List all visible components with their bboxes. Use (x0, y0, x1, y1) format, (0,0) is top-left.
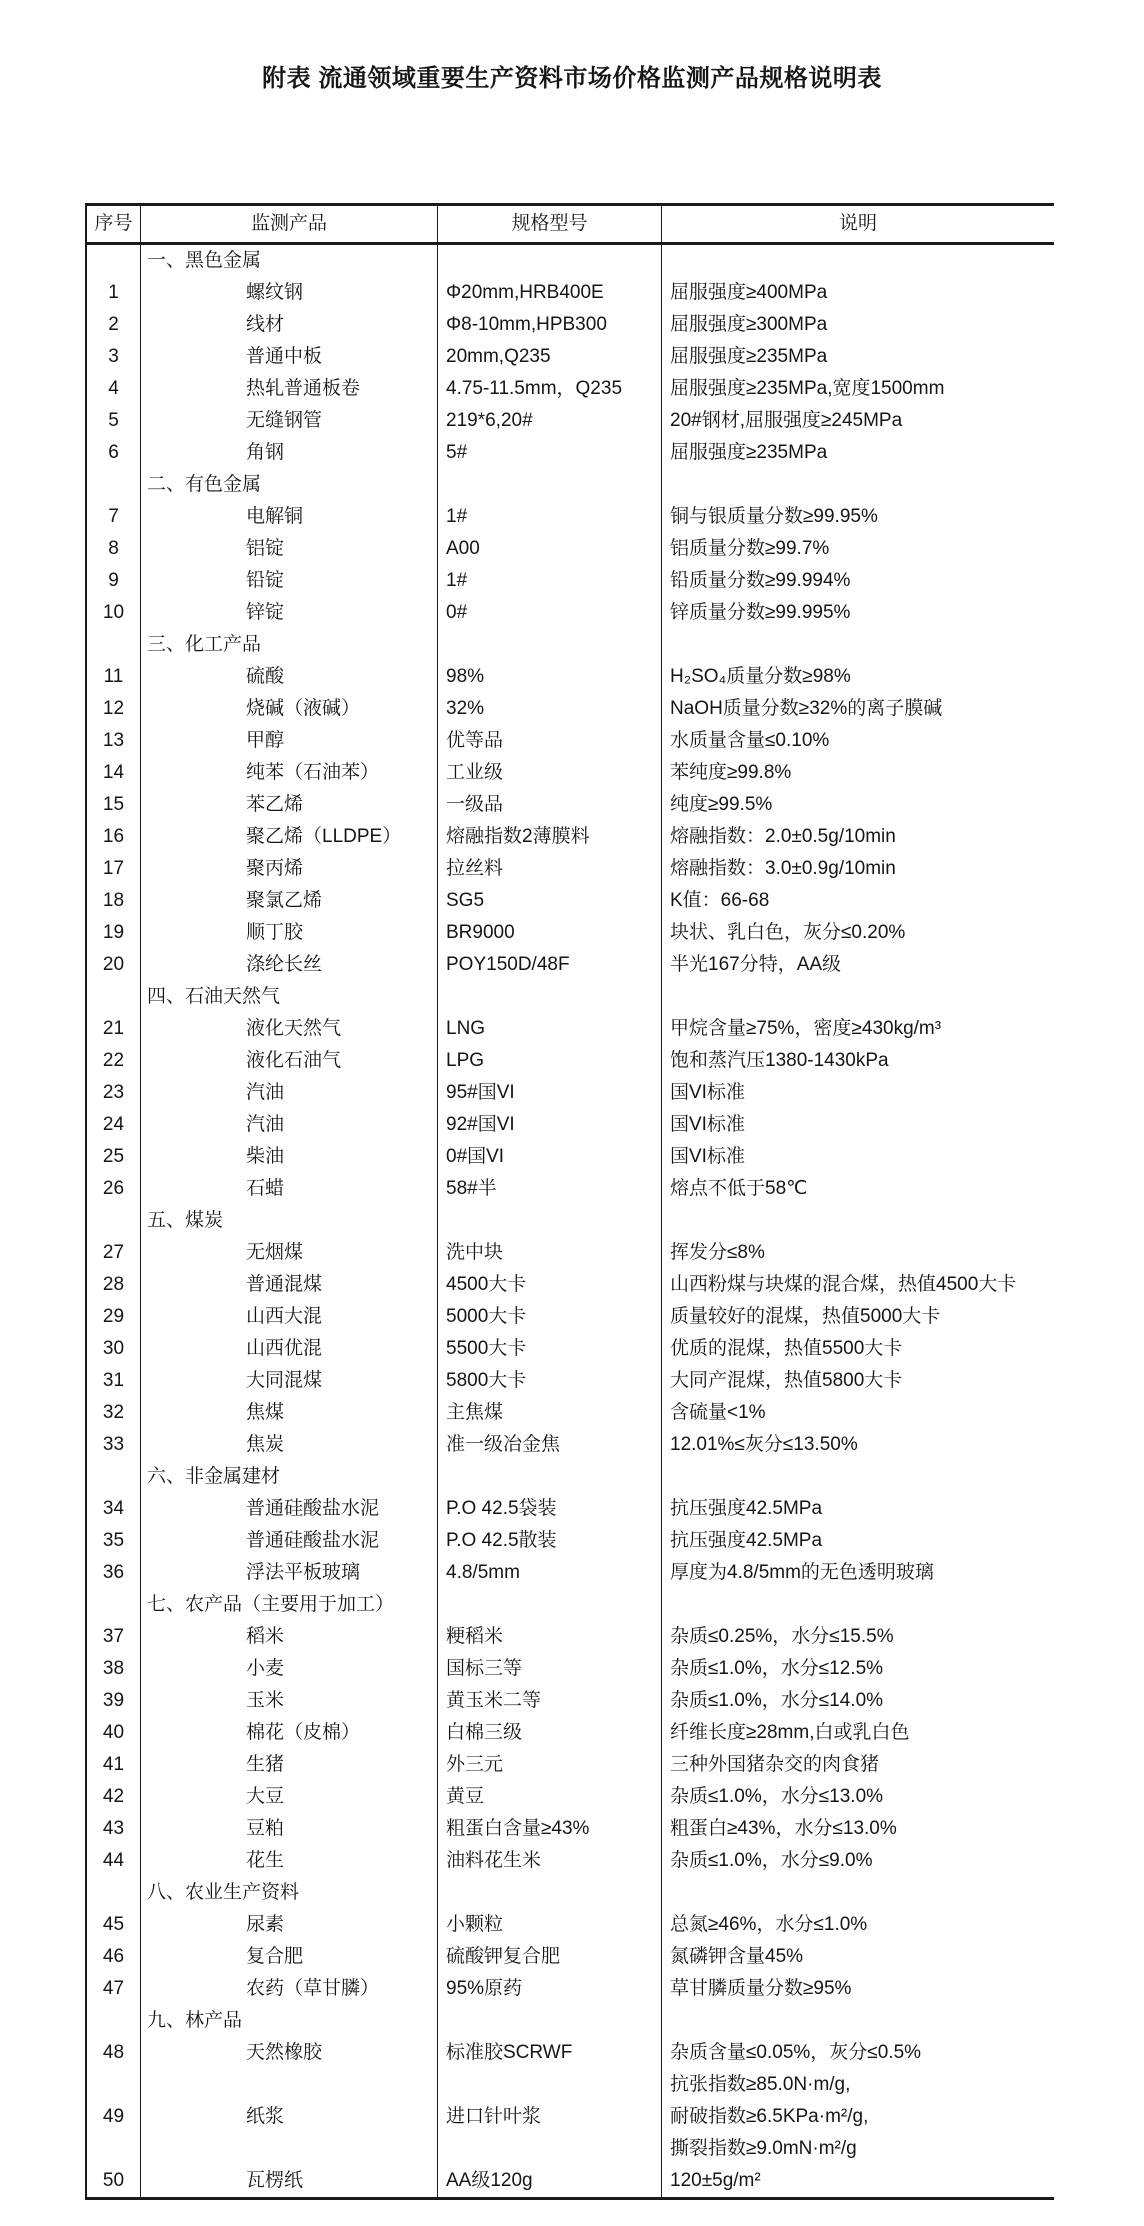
row-number: 10 (87, 597, 141, 629)
product-row: 37稻米粳稻米杂质≤0.25%，水分≤15.5% (87, 1621, 1054, 1653)
spec-value: 粳稻米 (438, 1621, 662, 1653)
product-name: 普通中板 (141, 341, 438, 373)
product-row: 24汽油92#国VI国VI标准 (87, 1109, 1054, 1141)
desc-value (662, 1205, 1054, 1237)
col-header-no: 序号 (87, 206, 141, 242)
desc-value: 三种外国猪杂交的肉食猪 (662, 1749, 1054, 1781)
product-row: 9铅锭1#铅质量分数≥99.994% (87, 565, 1054, 597)
desc-value: 杂质≤1.0%，水分≤12.5% (662, 1653, 1054, 1685)
row-number: 15 (87, 789, 141, 821)
spec-value: 5500大卡 (438, 1333, 662, 1365)
product-row: 1螺纹钢Φ20mm,HRB400E屈服强度≥400MPa (87, 277, 1054, 309)
product-row: 17聚丙烯拉丝料熔融指数：3.0±0.9g/10min (87, 853, 1054, 885)
desc-value: 半光167分特，AA级 (662, 949, 1054, 981)
spec-value: 外三元 (438, 1749, 662, 1781)
section-label: 七、农产品（主要用于加工） (141, 1589, 438, 1621)
table-body: 一、黑色金属1螺纹钢Φ20mm,HRB400E屈服强度≥400MPa2线材Φ8-… (87, 245, 1054, 2197)
spec-value: 进口针叶浆 (438, 2069, 662, 2165)
product-name: 稻米 (141, 1621, 438, 1653)
product-row: 50瓦楞纸AA级120g120±5g/m² (87, 2165, 1054, 2197)
product-row: 44花生油料花生米杂质≤1.0%，水分≤9.0% (87, 1845, 1054, 1877)
desc-value: 屈服强度≥235MPa (662, 341, 1054, 373)
section-label: 九、林产品 (141, 2005, 438, 2037)
row-number: 30 (87, 1333, 141, 1365)
spec-value: 硫酸钾复合肥 (438, 1941, 662, 1973)
product-name: 苯乙烯 (141, 789, 438, 821)
spec-value (438, 1205, 662, 1237)
product-row: 8铝锭A00铝质量分数≥99.7% (87, 533, 1054, 565)
product-row: 11硫酸98%H₂SO₄质量分数≥98% (87, 661, 1054, 693)
desc-value (662, 981, 1054, 1013)
spec-value: 32% (438, 693, 662, 725)
product-row: 20涤纶长丝POY150D/48F半光167分特，AA级 (87, 949, 1054, 981)
product-name: 普通硅酸盐水泥 (141, 1493, 438, 1525)
product-name: 瓦楞纸 (141, 2165, 438, 2197)
desc-value: 纯度≥99.5% (662, 789, 1054, 821)
spec-value: 5# (438, 437, 662, 469)
spec-value: P.O 42.5袋装 (438, 1493, 662, 1525)
spec-value: 58#半 (438, 1173, 662, 1205)
spec-value (438, 469, 662, 501)
product-row: 31大同混煤5800大卡大同产混煤，热值5800大卡 (87, 1365, 1054, 1397)
section-label: 五、煤炭 (141, 1205, 438, 1237)
desc-value: 杂质≤0.25%，水分≤15.5% (662, 1621, 1054, 1653)
row-number: 43 (87, 1813, 141, 1845)
desc-value: 抗压强度42.5MPa (662, 1493, 1054, 1525)
product-name: 花生 (141, 1845, 438, 1877)
section-label: 一、黑色金属 (141, 245, 438, 277)
desc-value: 山西粉煤与块煤的混合煤，热值4500大卡 (662, 1269, 1054, 1301)
section-label: 八、农业生产资料 (141, 1877, 438, 1909)
desc-value (662, 629, 1054, 661)
product-row: 42大豆黄豆杂质≤1.0%，水分≤13.0% (87, 1781, 1054, 1813)
spec-value: 粗蛋白含量≥43% (438, 1813, 662, 1845)
section-row: 八、农业生产资料 (87, 1877, 1054, 1909)
desc-value (662, 2005, 1054, 2037)
desc-value: 甲烷含量≥75%，密度≥430kg/m³ (662, 1013, 1054, 1045)
product-row: 3普通中板20mm,Q235屈服强度≥235MPa (87, 341, 1054, 373)
desc-value: 熔点不低于58℃ (662, 1173, 1054, 1205)
row-number: 39 (87, 1685, 141, 1717)
row-number: 13 (87, 725, 141, 757)
section-row: 三、化工产品 (87, 629, 1054, 661)
desc-value: 纤维长度≥28mm,白或乳白色 (662, 1717, 1054, 1749)
spec-value: 洗中块 (438, 1237, 662, 1269)
spec-value (438, 245, 662, 277)
desc-value: 屈服强度≥235MPa (662, 437, 1054, 469)
product-row: 35普通硅酸盐水泥P.O 42.5散装抗压强度42.5MPa (87, 1525, 1054, 1557)
section-row: 六、非金属建材 (87, 1461, 1054, 1493)
desc-value: 12.01%≤灰分≤13.50% (662, 1429, 1054, 1461)
product-name: 焦炭 (141, 1429, 438, 1461)
product-name: 豆粕 (141, 1813, 438, 1845)
product-row: 7电解铜1#铜与银质量分数≥99.95% (87, 501, 1054, 533)
product-row: 49纸浆进口针叶浆抗张指数≥85.0N·m/g,耐破指数≥6.5KPa·m²/g… (87, 2069, 1054, 2165)
product-row: 33焦炭准一级冶金焦12.01%≤灰分≤13.50% (87, 1429, 1054, 1461)
desc-value: 优质的混煤，热值5500大卡 (662, 1333, 1054, 1365)
spec-value: Φ8-10mm,HPB300 (438, 309, 662, 341)
section-label: 四、石油天然气 (141, 981, 438, 1013)
row-number: 19 (87, 917, 141, 949)
desc-value: 国VI标准 (662, 1109, 1054, 1141)
product-name: 汽油 (141, 1109, 438, 1141)
spec-value: BR9000 (438, 917, 662, 949)
row-number: 36 (87, 1557, 141, 1589)
row-number: 37 (87, 1621, 141, 1653)
product-name: 浮法平板玻璃 (141, 1557, 438, 1589)
spec-value (438, 629, 662, 661)
row-number: 31 (87, 1365, 141, 1397)
product-row: 41生猪外三元三种外国猪杂交的肉食猪 (87, 1749, 1054, 1781)
row-number: 47 (87, 1973, 141, 2005)
row-number: 24 (87, 1109, 141, 1141)
desc-value: 铝质量分数≥99.7% (662, 533, 1054, 565)
product-name: 石蜡 (141, 1173, 438, 1205)
desc-value: 国VI标准 (662, 1141, 1054, 1173)
product-name: 玉米 (141, 1685, 438, 1717)
product-row: 28普通混煤4500大卡山西粉煤与块煤的混合煤，热值4500大卡 (87, 1269, 1054, 1301)
product-name: 硫酸 (141, 661, 438, 693)
row-number: 23 (87, 1077, 141, 1109)
row-number: 29 (87, 1301, 141, 1333)
spec-value: 92#国VI (438, 1109, 662, 1141)
spec-value: 4.75-11.5mm，Q235 (438, 373, 662, 405)
spec-value: POY150D/48F (438, 949, 662, 981)
desc-value: 熔融指数：3.0±0.9g/10min (662, 853, 1054, 885)
product-row: 19顺丁胶BR9000块状、乳白色，灰分≤0.20% (87, 917, 1054, 949)
desc-value: 抗压强度42.5MPa (662, 1525, 1054, 1557)
product-row: 47农药（草甘膦）95%原药草甘膦质量分数≥95% (87, 1973, 1054, 2005)
spec-value: 95%原药 (438, 1973, 662, 2005)
product-row: 48天然橡胶标准胶SCRWF杂质含量≤0.05%，灰分≤0.5% (87, 2037, 1054, 2069)
row-number: 34 (87, 1493, 141, 1525)
spec-value: 主焦煤 (438, 1397, 662, 1429)
product-row: 40棉花（皮棉）白棉三级纤维长度≥28mm,白或乳白色 (87, 1717, 1054, 1749)
spec-value: 油料花生米 (438, 1845, 662, 1877)
product-name: 角钢 (141, 437, 438, 469)
spec-value: 标准胶SCRWF (438, 2037, 662, 2069)
desc-value: 饱和蒸汽压1380-1430kPa (662, 1045, 1054, 1077)
row-number: 46 (87, 1941, 141, 1973)
row-number: 16 (87, 821, 141, 853)
product-name: 无缝钢管 (141, 405, 438, 437)
section-row: 一、黑色金属 (87, 245, 1054, 277)
product-row: 36浮法平板玻璃4.8/5mm厚度为4.8/5mm的无色透明玻璃 (87, 1557, 1054, 1589)
product-name: 锌锭 (141, 597, 438, 629)
desc-value: 总氮≥46%，水分≤1.0% (662, 1909, 1054, 1941)
section-row: 五、煤炭 (87, 1205, 1054, 1237)
desc-value: 水质量含量≤0.10% (662, 725, 1054, 757)
spec-value: 5000大卡 (438, 1301, 662, 1333)
product-name: 液化天然气 (141, 1013, 438, 1045)
product-name: 热轧普通板卷 (141, 373, 438, 405)
row-number: 20 (87, 949, 141, 981)
desc-value: 大同产混煤，热值5800大卡 (662, 1365, 1054, 1397)
product-row: 32焦煤主焦煤含硫量<1% (87, 1397, 1054, 1429)
row-number: 6 (87, 437, 141, 469)
desc-value (662, 469, 1054, 501)
row-number: 18 (87, 885, 141, 917)
product-row: 22液化石油气LPG饱和蒸汽压1380-1430kPa (87, 1045, 1054, 1077)
desc-value: K值：66-68 (662, 885, 1054, 917)
row-number: 38 (87, 1653, 141, 1685)
product-row: 43豆粕粗蛋白含量≥43%粗蛋白≥43%，水分≤13.0% (87, 1813, 1054, 1845)
spec-value: 95#国VI (438, 1077, 662, 1109)
spec-value (438, 1461, 662, 1493)
row-number: 27 (87, 1237, 141, 1269)
spec-value: SG5 (438, 885, 662, 917)
row-number: 25 (87, 1141, 141, 1173)
desc-value (662, 245, 1054, 277)
desc-value: 粗蛋白≥43%，水分≤13.0% (662, 1813, 1054, 1845)
spec-value: AA级120g (438, 2165, 662, 2197)
product-name: 螺纹钢 (141, 277, 438, 309)
desc-value: 杂质≤1.0%，水分≤13.0% (662, 1781, 1054, 1813)
product-row: 38小麦国标三等杂质≤1.0%，水分≤12.5% (87, 1653, 1054, 1685)
desc-value: 厚度为4.8/5mm的无色透明玻璃 (662, 1557, 1054, 1589)
desc-value: 锌质量分数≥99.995% (662, 597, 1054, 629)
product-row: 6角钢5#屈服强度≥235MPa (87, 437, 1054, 469)
table-header-row: 序号 监测产品 规格型号 说明 (87, 206, 1054, 245)
product-name: 焦煤 (141, 1397, 438, 1429)
row-number: 48 (87, 2037, 141, 2069)
desc-value: 熔融指数：2.0±0.5g/10min (662, 821, 1054, 853)
spec-value: A00 (438, 533, 662, 565)
product-row: 16聚乙烯（LLDPE）熔融指数2薄膜料熔融指数：2.0±0.5g/10min (87, 821, 1054, 853)
product-name: 棉花（皮棉） (141, 1717, 438, 1749)
product-row: 23汽油95#国VI国VI标准 (87, 1077, 1054, 1109)
product-row: 10锌锭0#锌质量分数≥99.995% (87, 597, 1054, 629)
product-name: 电解铜 (141, 501, 438, 533)
product-name: 纯苯（石油苯） (141, 757, 438, 789)
spec-value (438, 1877, 662, 1909)
product-name: 山西优混 (141, 1333, 438, 1365)
product-row: 4热轧普通板卷4.75-11.5mm，Q235屈服强度≥235MPa,宽度150… (87, 373, 1054, 405)
spec-value: 国标三等 (438, 1653, 662, 1685)
col-header-product: 监测产品 (141, 206, 438, 242)
desc-value (662, 1589, 1054, 1621)
spec-value (438, 981, 662, 1013)
product-row: 26石蜡58#半熔点不低于58℃ (87, 1173, 1054, 1205)
product-name: 汽油 (141, 1077, 438, 1109)
row-number: 21 (87, 1013, 141, 1045)
desc-line: 撕裂指数≥9.0mN·m²/g (670, 2133, 857, 2165)
section-row: 七、农产品（主要用于加工） (87, 1589, 1054, 1621)
product-name: 铅锭 (141, 565, 438, 597)
product-name: 液化石油气 (141, 1045, 438, 1077)
desc-value: 铅质量分数≥99.994% (662, 565, 1054, 597)
product-row: 30山西优混5500大卡优质的混煤，热值5500大卡 (87, 1333, 1054, 1365)
desc-value: 含硫量<1% (662, 1397, 1054, 1429)
section-row: 九、林产品 (87, 2005, 1054, 2037)
product-row: 27无烟煤洗中块挥发分≤8% (87, 1237, 1054, 1269)
spec-value: 219*6,20# (438, 405, 662, 437)
row-number: 35 (87, 1525, 141, 1557)
desc-value (662, 1877, 1054, 1909)
spec-table: 序号 监测产品 规格型号 说明 一、黑色金属1螺纹钢Φ20mm,HRB400E屈… (85, 203, 1054, 2200)
row-number (87, 981, 141, 1013)
spec-value: 熔融指数2薄膜料 (438, 821, 662, 853)
row-number: 7 (87, 501, 141, 533)
row-number: 44 (87, 1845, 141, 1877)
spec-value: LNG (438, 1013, 662, 1045)
product-name: 尿素 (141, 1909, 438, 1941)
desc-value: 质量较好的混煤，热值5000大卡 (662, 1301, 1054, 1333)
section-label: 二、有色金属 (141, 469, 438, 501)
row-number: 11 (87, 661, 141, 693)
row-number: 26 (87, 1173, 141, 1205)
section-label: 三、化工产品 (141, 629, 438, 661)
product-name: 普通硅酸盐水泥 (141, 1525, 438, 1557)
spec-value: 工业级 (438, 757, 662, 789)
product-name: 顺丁胶 (141, 917, 438, 949)
product-name: 复合肥 (141, 1941, 438, 1973)
desc-value: 抗张指数≥85.0N·m/g,耐破指数≥6.5KPa·m²/g,撕裂指数≥9.0… (662, 2069, 1054, 2165)
product-row: 14纯苯（石油苯）工业级苯纯度≥99.8% (87, 757, 1054, 789)
col-header-desc: 说明 (662, 206, 1054, 242)
row-number (87, 1205, 141, 1237)
spec-value (438, 2005, 662, 2037)
spec-value: 4500大卡 (438, 1269, 662, 1301)
desc-value: 20#钢材,屈服强度≥245MPa (662, 405, 1054, 437)
col-header-spec: 规格型号 (438, 206, 662, 242)
product-row: 25柴油0#国VI国VI标准 (87, 1141, 1054, 1173)
spec-value: 0#国VI (438, 1141, 662, 1173)
row-number: 17 (87, 853, 141, 885)
product-name: 聚丙烯 (141, 853, 438, 885)
product-name: 涤纶长丝 (141, 949, 438, 981)
desc-value: 杂质≤1.0%，水分≤9.0% (662, 1845, 1054, 1877)
product-row: 46复合肥硫酸钾复合肥氮磷钾含量45% (87, 1941, 1054, 1973)
row-number (87, 245, 141, 277)
product-name: 天然橡胶 (141, 2037, 438, 2069)
row-number: 42 (87, 1781, 141, 1813)
product-row: 18聚氯乙烯SG5K值：66-68 (87, 885, 1054, 917)
product-name: 聚乙烯（LLDPE） (141, 821, 438, 853)
product-name: 山西大混 (141, 1301, 438, 1333)
desc-value: NaOH质量分数≥32%的离子膜碱 (662, 693, 1054, 725)
row-number (87, 1461, 141, 1493)
spec-value: 黄豆 (438, 1781, 662, 1813)
row-number: 40 (87, 1717, 141, 1749)
row-number: 8 (87, 533, 141, 565)
desc-line: 抗张指数≥85.0N·m/g, (670, 2069, 850, 2101)
product-name: 聚氯乙烯 (141, 885, 438, 917)
spec-value: 20mm,Q235 (438, 341, 662, 373)
desc-value: 苯纯度≥99.8% (662, 757, 1054, 789)
section-row: 四、石油天然气 (87, 981, 1054, 1013)
product-name: 铝锭 (141, 533, 438, 565)
row-number: 28 (87, 1269, 141, 1301)
desc-value: 杂质≤1.0%，水分≤14.0% (662, 1685, 1054, 1717)
product-name: 大同混煤 (141, 1365, 438, 1397)
product-name: 线材 (141, 309, 438, 341)
row-number (87, 1877, 141, 1909)
spec-value (438, 1589, 662, 1621)
spec-value: 小颗粒 (438, 1909, 662, 1941)
row-number: 49 (87, 2069, 141, 2165)
row-number: 14 (87, 757, 141, 789)
row-number (87, 469, 141, 501)
desc-value: H₂SO₄质量分数≥98% (662, 661, 1054, 693)
spec-value: Φ20mm,HRB400E (438, 277, 662, 309)
spec-value: P.O 42.5散装 (438, 1525, 662, 1557)
desc-value: 屈服强度≥300MPa (662, 309, 1054, 341)
product-row: 13甲醇优等品水质量含量≤0.10% (87, 725, 1054, 757)
row-number: 33 (87, 1429, 141, 1461)
row-number: 1 (87, 277, 141, 309)
product-row: 39玉米黄玉米二等杂质≤1.0%，水分≤14.0% (87, 1685, 1054, 1717)
product-name: 农药（草甘膦） (141, 1973, 438, 2005)
product-row: 45尿素小颗粒总氮≥46%，水分≤1.0% (87, 1909, 1054, 1941)
row-number: 4 (87, 373, 141, 405)
row-number (87, 1589, 141, 1621)
product-row: 34普通硅酸盐水泥P.O 42.5袋装抗压强度42.5MPa (87, 1493, 1054, 1525)
section-label: 六、非金属建材 (141, 1461, 438, 1493)
desc-value: 120±5g/m² (662, 2165, 1054, 2197)
product-row: 29山西大混5000大卡质量较好的混煤，热值5000大卡 (87, 1301, 1054, 1333)
row-number: 45 (87, 1909, 141, 1941)
product-name: 生猪 (141, 1749, 438, 1781)
page-title: 附表 流通领域重要生产资料市场价格监测产品规格说明表 (0, 58, 1144, 93)
desc-value (662, 1461, 1054, 1493)
spec-value: 4.8/5mm (438, 1557, 662, 1589)
product-name: 烧碱（液碱） (141, 693, 438, 725)
row-number: 2 (87, 309, 141, 341)
spec-value: 黄玉米二等 (438, 1685, 662, 1717)
product-row: 12烧碱（液碱）32%NaOH质量分数≥32%的离子膜碱 (87, 693, 1054, 725)
row-number: 41 (87, 1749, 141, 1781)
row-number: 3 (87, 341, 141, 373)
desc-value: 氮磷钾含量45% (662, 1941, 1054, 1973)
row-number: 22 (87, 1045, 141, 1077)
spec-value: LPG (438, 1045, 662, 1077)
desc-value: 屈服强度≥235MPa,宽度1500mm (662, 373, 1054, 405)
desc-value: 屈服强度≥400MPa (662, 277, 1054, 309)
desc-value: 草甘膦质量分数≥95% (662, 1973, 1054, 2005)
row-number: 5 (87, 405, 141, 437)
product-name: 无烟煤 (141, 1237, 438, 1269)
desc-value: 挥发分≤8% (662, 1237, 1054, 1269)
product-name: 柴油 (141, 1141, 438, 1173)
row-number: 32 (87, 1397, 141, 1429)
spec-value: 优等品 (438, 725, 662, 757)
spec-value: 1# (438, 565, 662, 597)
spec-value: 一级品 (438, 789, 662, 821)
product-row: 2线材Φ8-10mm,HPB300屈服强度≥300MPa (87, 309, 1054, 341)
spec-value: 98% (438, 661, 662, 693)
row-number (87, 2005, 141, 2037)
product-name: 小麦 (141, 1653, 438, 1685)
desc-line: 耐破指数≥6.5KPa·m²/g, (670, 2101, 868, 2133)
product-name: 大豆 (141, 1781, 438, 1813)
desc-value: 块状、乳白色，灰分≤0.20% (662, 917, 1054, 949)
product-row: 15苯乙烯一级品纯度≥99.5% (87, 789, 1054, 821)
row-number (87, 629, 141, 661)
product-row: 5无缝钢管219*6,20#20#钢材,屈服强度≥245MPa (87, 405, 1054, 437)
product-row: 21液化天然气LNG甲烷含量≥75%，密度≥430kg/m³ (87, 1013, 1054, 1045)
spec-value: 1# (438, 501, 662, 533)
spec-value: 拉丝料 (438, 853, 662, 885)
row-number: 9 (87, 565, 141, 597)
desc-value: 杂质含量≤0.05%，灰分≤0.5% (662, 2037, 1054, 2069)
row-number: 12 (87, 693, 141, 725)
row-number: 50 (87, 2165, 141, 2197)
product-name: 普通混煤 (141, 1269, 438, 1301)
product-name: 甲醇 (141, 725, 438, 757)
spec-value: 5800大卡 (438, 1365, 662, 1397)
spec-value: 0# (438, 597, 662, 629)
